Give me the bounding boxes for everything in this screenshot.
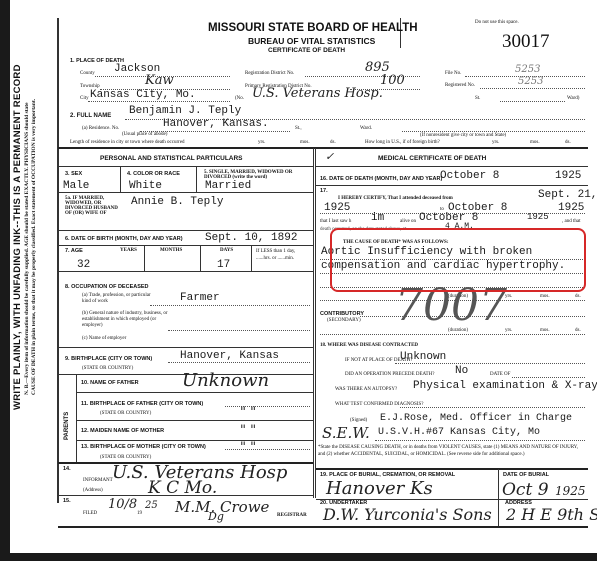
age-months-label: MONTHS: [160, 248, 182, 253]
marital-label: 5. SINGLE, MARRIED, WIDOWED OR DIVORCED …: [204, 170, 314, 180]
column-divider: [313, 148, 316, 498]
duration-mos-label-2: mos.: [540, 328, 550, 333]
file-no-value: 5253: [515, 64, 540, 75]
birthplace-state-label: (STATE OR COUNTRY): [82, 366, 133, 371]
dod-year: 1925: [555, 170, 581, 182]
where-contracted-value: Unknown: [400, 351, 446, 363]
row-line: [58, 230, 313, 231]
township-value: Kaw: [145, 73, 174, 88]
row-line: [58, 347, 313, 348]
duration-ds-label-2: ds.: [575, 328, 581, 333]
filed-label: FILED: [83, 511, 97, 516]
instruction-line-1: N. B.—Every item of information should b…: [24, 99, 31, 395]
length-of-residence-label: Length of residence in city or town wher…: [70, 140, 185, 145]
foreign-yrs-label: yrs.: [492, 140, 499, 145]
operation-label: DID AN OPERATION PRECEDE DEATH?: [345, 372, 434, 377]
father-name-label: 10. NAME OF FATHER: [81, 380, 139, 386]
autopsy-value: Physical examination & X-ray: [413, 380, 597, 392]
signer-address-line: [375, 440, 585, 441]
certify-label: I HEREBY CERTIFY, That I attended deceas…: [338, 196, 453, 201]
filed-year: 25: [145, 500, 158, 511]
operation-date-label: DATE OF: [490, 372, 510, 377]
father-birthplace-line: [225, 406, 310, 407]
row-line: [76, 392, 313, 393]
form-title: MISSOURI STATE BOARD OF HEALTH: [208, 22, 418, 34]
check-mark: ✓: [325, 150, 334, 163]
filed-number: 15.: [63, 498, 71, 504]
row-line: [316, 185, 588, 186]
duration-mos-label: mos.: [540, 294, 550, 299]
industry-label: (b) General nature of industry, business…: [82, 311, 172, 329]
mother-name-label: 12. MAIDEN NAME OF MOTHER: [81, 428, 164, 434]
ward-label: Ward): [567, 96, 579, 101]
burial-year: 1925: [555, 484, 586, 498]
deputy-initials: Dg: [208, 510, 224, 523]
attended-from: Sept. 21,: [538, 189, 597, 201]
duration-ds-label: ds.: [575, 294, 581, 299]
personal-section-title: PERSONAL AND STATISTICAL PARTICULARS: [100, 155, 243, 162]
informant-number: 14.: [63, 466, 71, 472]
age-years-value: 32: [77, 259, 90, 271]
length-mos-label: mos.: [300, 140, 310, 145]
contributory-duration-line: [320, 334, 585, 335]
mother-name-value: " ": [240, 423, 256, 438]
filed-date: 10/8: [108, 497, 137, 512]
residence-label: (a) Residence. No.: [82, 126, 119, 131]
and-that-label: , and that: [562, 219, 580, 224]
age-divider-1: [144, 245, 145, 271]
birthplace-label: 9. BIRTHPLACE (CITY OR TOWN): [65, 356, 152, 362]
city-line: [88, 101, 230, 102]
dob-label: 6. DATE OF BIRTH (MONTH, DAY AND YEAR): [65, 236, 183, 242]
mother-state-label: (STATE OR COUNTRY): [100, 455, 151, 460]
institution-label: (No.: [235, 96, 244, 101]
autopsy-label: WAS THERE AN AUTOPSY?: [335, 387, 397, 392]
trade-label: (a) Trade, profession, or particular kin…: [82, 293, 154, 305]
age-label: 7. AGE: [65, 248, 83, 254]
birthplace-line: [168, 362, 310, 363]
residence-ward-label: Ward.: [360, 126, 372, 131]
county-label: County: [80, 71, 95, 76]
certificate-number: 30017: [502, 31, 550, 53]
where-contracted-label: 18. WHERE WAS DISEASE CONTRACTED: [320, 343, 418, 348]
burial-address-value: 2 H E 9th St: [506, 505, 597, 524]
scan-border-bottom: [0, 553, 597, 561]
burial-divider: [498, 469, 499, 526]
alive-on-label: alive on: [400, 219, 416, 224]
attended-to-year: 1925: [558, 202, 584, 214]
duration-yrs-label-2: yrs.: [505, 328, 512, 333]
operation-value: No: [455, 365, 468, 377]
marital-value: Married: [205, 180, 251, 192]
registrar-label: REGISTRAR: [277, 513, 307, 518]
city-value: Kansas City, Mo.: [90, 89, 196, 101]
length-yrs-label: yrs.: [258, 140, 265, 145]
residence-st-label: St.,: [295, 126, 302, 131]
signed-label: (Signed): [350, 418, 367, 423]
dob-value: Sept. 10, 1892: [205, 232, 297, 244]
confirmed-line: [400, 407, 585, 408]
do-not-use-note: Do not use this space.: [475, 20, 519, 25]
certify-number: 17.: [320, 188, 328, 194]
ward-line: [500, 101, 565, 102]
last-saw-value: im: [371, 212, 384, 224]
signed-value: E.J.Rose, Med. Officer in Charge: [380, 413, 572, 424]
father-state-label: (STATE OR COUNTRY): [100, 411, 151, 416]
where-contracted-line: [395, 363, 585, 364]
burial-place-value: Hanover Ks: [326, 478, 433, 499]
dod-value: October 8: [440, 170, 499, 182]
employer-label: (c) Name of employer: [82, 336, 126, 341]
burial-date-value: Oct 9: [502, 480, 549, 500]
informant-label: INFORMANT: [83, 478, 113, 483]
vertical-instruction-notes: N. B.—Every item of information should b…: [24, 99, 38, 395]
scan-border-left: [0, 0, 10, 561]
operation-date-line: [512, 377, 585, 378]
undertaker-value: D.W. Yurconia's Sons: [323, 505, 492, 524]
section-divider: [58, 147, 588, 149]
race-value: White: [129, 180, 162, 192]
contributory-line: [360, 316, 585, 317]
vertical-instruction-header: WRITE PLAINLY, WITH UNFADING INK--THIS I…: [12, 64, 23, 410]
industry-line: [168, 330, 310, 331]
race-label: 4. COLOR OR RACE: [127, 171, 180, 177]
dod-label: 16. DATE OF DEATH (MONTH, DAY AND YEAR): [320, 176, 442, 182]
full-name-label: 2. FULL NAME: [70, 113, 111, 119]
trade-value: Farmer: [180, 292, 220, 304]
father-birthplace-label: 11. BIRTHPLACE OF FATHER (CITY OR TOWN): [81, 401, 203, 407]
father-birthplace-value: " ": [240, 405, 256, 420]
file-no-label: File No.: [445, 71, 461, 76]
age-days-label: DAYS: [220, 248, 233, 253]
parents-side-label: PARENTS: [64, 412, 70, 440]
occupation-label: 8. OCCUPATION OF DECEASED: [65, 284, 149, 290]
father-name-value: Unknown: [182, 370, 269, 391]
parents-divider: [76, 374, 77, 464]
last-saw-label: that I last saw h: [320, 219, 351, 224]
row-line: [58, 245, 313, 246]
row-line: [58, 271, 313, 272]
age-divider-2: [200, 245, 201, 271]
section-divider: [316, 468, 588, 470]
full-name-value: Benjamin J. Teply: [129, 105, 241, 117]
age-days-value: 17: [217, 259, 230, 271]
medical-header-line: [316, 166, 588, 167]
cause-footnote: *State the DISEASE CAUSING DEATH, or in …: [318, 444, 586, 458]
row-line: [76, 440, 313, 441]
nonresident-note: (If nonresident give city or town and St…: [420, 133, 506, 138]
primary-registration-value: 100: [380, 73, 405, 88]
signer-address: U.S.V.H.#67 Kansas City, Mo: [378, 427, 540, 438]
certificate-title: CERTIFICATE OF DEATH: [268, 47, 345, 54]
bottom-form-line: [58, 526, 588, 528]
row-line: [58, 495, 313, 496]
institution-value: U.S. Veterans Hosp.: [252, 86, 383, 101]
burial-date-label: DATE OF BURIAL: [503, 472, 549, 478]
sex-label: 3. SEX: [65, 171, 82, 177]
row-line: [58, 192, 313, 193]
instruction-line-2: CAUSE OF DEATH in plain terms, so that i…: [31, 99, 38, 395]
trade-line: [150, 305, 310, 306]
age-years-label: YEARS: [120, 248, 137, 253]
residence-value: Hanover, Kansas.: [163, 118, 269, 130]
secondary-label: (SECONDARY): [327, 318, 361, 323]
mother-birthplace-line: [225, 449, 310, 450]
alive-on-year: 1925: [527, 212, 549, 222]
registration-district-label: Registration District No.: [245, 71, 294, 76]
registered-no-value: 5253: [518, 76, 543, 87]
length-ds-label: ds.: [330, 140, 336, 145]
sex-value: Male: [63, 180, 89, 192]
nonresident-line: [402, 131, 585, 132]
less-than-day-label: If LESS than 1 day, ......hrs. or ......…: [256, 248, 311, 262]
informant-address-label: (Address): [83, 488, 103, 493]
mother-birthplace-label: 13. BIRTHPLACE OF MOTHER (CITY OR TOWN): [81, 444, 206, 450]
filed-year-label: 19: [137, 511, 142, 516]
registered-no-label: Registered No.: [445, 83, 475, 88]
registered-no-line: [480, 88, 585, 89]
age-divider-3: [251, 245, 252, 271]
form-left-border: [57, 18, 59, 503]
bureau-title: BUREAU OF VITAL STATISTICS: [248, 36, 375, 46]
sex-divider: [120, 166, 121, 192]
signer-initials: S.E.W.: [322, 424, 370, 442]
foreign-birth-label: How long in U.S., if of foreign birth?: [365, 140, 440, 145]
st-label: St.: [475, 96, 480, 101]
contributory-label: CONTRIBUTORY: [320, 311, 364, 317]
spouse-value: Annie B. Teply: [131, 196, 223, 208]
duration-label-2: (duration): [448, 328, 468, 333]
medical-section-title: MEDICAL CERTIFICATE OF DEATH: [378, 155, 486, 162]
mother-birthplace-value: " ": [240, 440, 256, 455]
usual-place-note: (Usual place of abode): [122, 132, 167, 137]
birthplace-value: Hanover, Kansas: [180, 350, 279, 362]
foreign-ds-label: ds.: [565, 140, 571, 145]
personal-header-line: [58, 166, 313, 167]
foreign-mos-label: mos.: [530, 140, 540, 145]
cause-of-death-highlight: [330, 228, 586, 292]
row-line: [76, 420, 313, 421]
race-divider: [196, 166, 197, 192]
spouse-label: 5a. IF MARRIED, WIDOWED, OR DIVORCED HUS…: [65, 196, 125, 216]
